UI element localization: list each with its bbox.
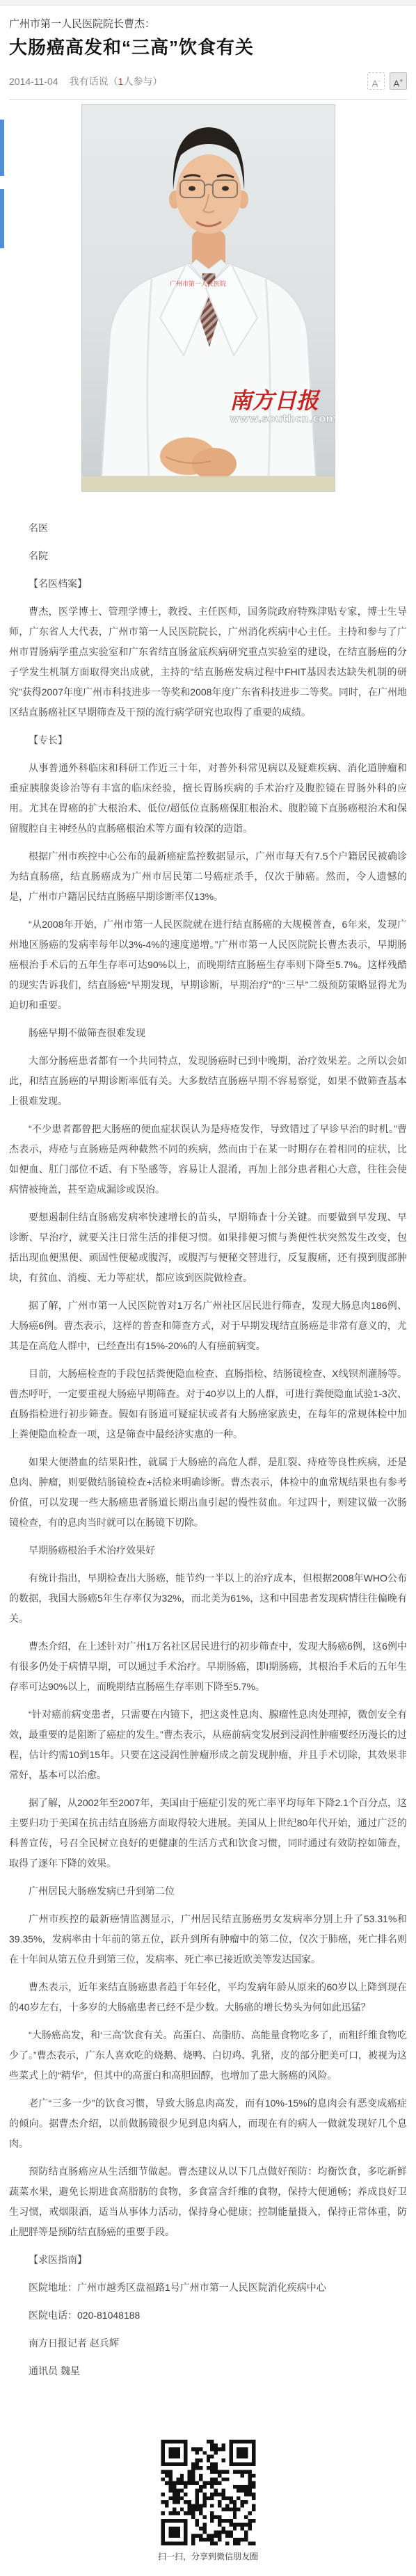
comment-link[interactable]: 我有话说（1人参与） — [70, 76, 163, 87]
article-para: 老广“三多一少”的饮食习惯，导致大肠息肉高发，而有10%-15%的息肉会有恶变成… — [9, 2093, 407, 2154]
article-para: 曹杰表示，近年来结直肠癌患者趋于年轻化，平均发病年龄从原来的60岁以上降到现在的… — [9, 1977, 407, 2018]
article-bracket: 【专长】 — [9, 730, 407, 750]
article-line: 医院电话：020-81048188 — [9, 2305, 407, 2326]
article-label: 名医 — [9, 518, 407, 538]
article-para: “从2008年开始，广州市第一人民医院就在进行结直肠癌的大规模普查，6年来，发现… — [9, 915, 407, 1015]
top-nav-strip — [0, 0, 416, 6]
article-subhead: 肠癌早期不做筛查很难发现 — [9, 1023, 407, 1043]
article-para: 据了解，广州市第一人民医院曾对1万名广州社区居民进行筛查，发现大肠息肉186例、… — [9, 1296, 407, 1356]
watermark-logo: 南方日报 — [230, 387, 321, 414]
watermark-url: www.southcn.com — [230, 412, 335, 425]
article-para: 据了解，从2002年至2007年，美国由于癌症引发的死亡率平均每年下降2.1个百… — [9, 1793, 407, 1874]
article-para: 预防结直肠癌应从生活细节做起。曹杰建议从以下几点做好预防：均衡饮食，多吃新鲜蔬菜… — [9, 2162, 407, 2242]
font-increase-button[interactable]: A+ — [390, 72, 407, 90]
article-para: 目前，大肠癌检查的手段包括粪便隐血检查、直肠指检、结肠镜检查、X线钡剂灌肠等。曹… — [9, 1364, 407, 1444]
article-line: 通讯员 魏星 — [9, 2361, 407, 2381]
article-para: “大肠癌高发，和‘三高’饮食有关。高蛋白、高脂肪、高能量食物吃多了，而粗纤维食物… — [9, 2025, 407, 2086]
article-para: “不少患者都曾把大肠癌的便血症状误认为是痔疮发作，导致错过了早诊早治的时机。”曹… — [9, 1119, 407, 1200]
font-decrease-button[interactable]: A- — [367, 72, 385, 90]
share-sidebar-button[interactable] — [0, 120, 4, 176]
article-subhead: 广州居民大肠癌发病已升到第二位 — [9, 1881, 407, 1901]
article-para: 从事普通外科临床和科研工作近三十年，对普外科常见病以及疑难疾病、消化道肿瘤和重症… — [9, 758, 407, 839]
doctor-photo: 广州市第一人民医院 南方日报 www.southcn.com — [81, 104, 335, 492]
comment-prefix: 我有话说（ — [70, 76, 118, 87]
wechat-share-section: 扫一扫，分享到微信朋友圈 — [0, 2440, 416, 2562]
article-para: 曹杰，医学博士、管理学博士，教授、主任医师，国务院政府特殊津贴专家，博士生导师，… — [9, 602, 407, 723]
comment-suffix: 人参与） — [123, 76, 162, 87]
page-title: 大肠癌高发和“三高”饮食有关 — [9, 35, 407, 60]
article-kicker: 广州市第一人民医院院长曹杰： — [9, 17, 407, 31]
font-decrease-sign: - — [378, 77, 380, 84]
article-line: 医院地址：广州市越秀区盘福路1号广州市第一人民医院消化疾病中心 — [9, 2278, 407, 2298]
font-increase-sign: + — [399, 77, 403, 84]
article-bracket: 【求医指南】 — [9, 2250, 407, 2270]
article-line: 南方日报记者 赵兵辉 — [9, 2333, 407, 2353]
qr-code — [161, 2440, 256, 2545]
article-para: 要想遏制住结直肠癌发病率快速增长的苗头，早期筛查十分关键。而要做到早发现、早诊断… — [9, 1207, 407, 1288]
header-divider — [9, 99, 407, 100]
article-para: “针对癌前病变患者，只需要在内镜下，把这炎性息肉、腺瘤性息肉处理掉，微创安全有效… — [9, 1705, 407, 1785]
article-header: 广州市第一人民医院院长曹杰： 大肠癌高发和“三高”饮食有关 2014-11-04… — [0, 17, 416, 90]
article-body: 名医名院【名医档案】曹杰，医学博士、管理学博士，教授、主任医师，国务院政府特殊津… — [0, 510, 416, 2381]
article-para: 根据广州市疾控中心公布的最新癌症监控数据显示，广州市每天有7.5个户籍居民被确诊… — [9, 846, 407, 907]
meta-row: 2014-11-04我有话说（1人参与） A- A+ — [9, 72, 407, 90]
doctor-portrait-image: 广州市第一人民医院 南方日报 www.southcn.com — [82, 105, 335, 476]
font-increase-label: A — [394, 78, 400, 88]
article-para: 大部分肠癌患者都有一个共同特点，发现肠癌时已到中晚期，治疗效果差。之所以会如此，… — [9, 1051, 407, 1111]
article-para: 如果大便潜血的结果阳性，就属于大肠癌的高危人群，是肛裂、痔疮等良性疾病，还是息肉… — [9, 1452, 407, 1533]
article-label: 名院 — [9, 546, 407, 566]
article-page: 广州市第一人民医院院长曹杰： 大肠癌高发和“三高”饮食有关 2014-11-04… — [0, 0, 416, 2576]
qr-caption: 扫一扫，分享到微信朋友圈 — [0, 2550, 416, 2562]
article-para: 有统计指出，早期检查出大肠癌，能节约一半以上的治疗成本，但根据2008年WHO公… — [9, 1568, 407, 1629]
coat-badge-text: 广州市第一人民医院 — [170, 280, 226, 288]
photo-caption-strip — [82, 476, 335, 491]
article-para: 广州市疾控的最新癌情监测显示，广州居民结直肠癌男女发病率分别上升了53.31%和… — [9, 1909, 407, 1970]
article-subhead: 早期肠癌根治手术治疗效果好 — [9, 1540, 407, 1561]
publish-date: 2014-11-04 — [9, 76, 58, 87]
share-sidebar-button-2[interactable] — [0, 189, 4, 248]
article-para: 曹杰介绍，在上述针对广州1万名社区居民进行的初步筛查中，发现大肠癌6例，这6例中… — [9, 1636, 407, 1697]
article-bracket: 【名医档案】 — [9, 574, 407, 594]
